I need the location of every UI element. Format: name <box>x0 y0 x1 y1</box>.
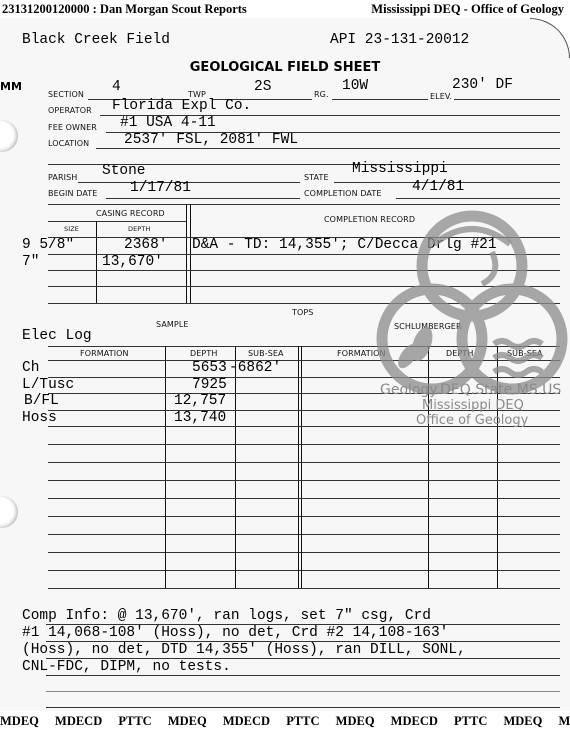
depth-cell: 7925 <box>192 377 227 393</box>
divider <box>48 254 560 255</box>
rg-label: RG. <box>314 90 329 99</box>
formation-cell: Hoss <box>22 410 57 426</box>
sample-formation-header: FORMATION <box>80 349 129 358</box>
sample-note: Elec Log <box>22 328 92 344</box>
binder-hole-icon <box>0 120 18 152</box>
casing-depth-1: 2368' <box>124 237 168 253</box>
divider <box>48 480 560 481</box>
document-header-bar: 23131200120000 : Dan Morgan Scout Report… <box>0 0 570 18</box>
fee-owner-label: FEE OWNER <box>48 123 97 132</box>
schlumberger-title: SCHLUMBERGER <box>394 322 462 331</box>
completion-date-value: 4/1/81 <box>412 179 464 195</box>
casing-size-2: 7" <box>22 254 39 270</box>
divider <box>301 506 302 588</box>
divider <box>48 346 560 347</box>
parish-label: PARISH <box>48 173 77 182</box>
depth-cell: 5653 <box>192 360 227 376</box>
divider <box>46 691 560 692</box>
casing-record-title: CASING RECORD <box>96 209 165 218</box>
state-value: Mississippi <box>352 161 448 177</box>
divider <box>48 360 560 361</box>
watermark-line2: Office of Geology <box>416 413 528 428</box>
margin-fragment: MM <box>0 80 22 93</box>
completion-date-label: COMPLETION DATE <box>304 189 382 198</box>
casing-depth-2: 13,670' <box>102 254 163 270</box>
footer-item: PTTC <box>454 711 487 731</box>
sheet-title: GEOLOGICAL FIELD SHEET <box>0 60 570 75</box>
state-label: STATE <box>304 173 329 182</box>
api-number: API 23-131-20012 <box>330 32 469 48</box>
formation-cell: B/FL <box>24 393 59 409</box>
casing-size-1: 9 5/8" <box>22 237 74 253</box>
divider <box>454 99 560 100</box>
watermark-url: Geology.DEQ.State.MS.US <box>380 382 561 398</box>
begin-date-value: 1/17/81 <box>130 180 191 196</box>
depth-cell: 12,757 <box>174 393 226 409</box>
divider <box>48 588 560 589</box>
footer-item: PTTC <box>286 711 319 731</box>
depth-cell: 13,740 <box>174 410 226 426</box>
comp-info-line: CNL-FDC, DIPM, no tests. <box>22 659 231 675</box>
sample-title: SAMPLE <box>156 320 189 329</box>
dog-ear-corner <box>530 18 570 58</box>
comp-info-line: Comp Info: @ 13,670', ran logs, set 7" c… <box>22 608 431 624</box>
divider <box>332 99 428 100</box>
parish-value: Stone <box>102 163 146 179</box>
footer-item: MDECD <box>559 711 570 731</box>
subsea-cell: -6862' <box>229 360 281 376</box>
comp-info-line: #1 14,068-108' (Hoss), no det, Crd #2 14… <box>22 625 448 641</box>
sample-subsea-header: SUB-SEA <box>248 349 284 358</box>
schlumberger-formation-header: FORMATION <box>337 349 386 358</box>
operator-value: Florida Expl Co. <box>112 98 251 114</box>
divider <box>48 237 560 238</box>
divider <box>48 377 560 378</box>
scanned-field-sheet: MM Black Creek Field API 23-131-20012 GE… <box>0 18 570 711</box>
divider <box>46 707 560 708</box>
divider <box>48 286 560 287</box>
rg-value: 10W <box>342 78 368 94</box>
size-column-header: SIZE <box>64 225 79 233</box>
divider <box>396 198 560 199</box>
divider <box>48 221 186 222</box>
schlumberger-subsea-header: SUB-SEA <box>507 349 543 358</box>
agency-title: Mississippi DEQ - Office of Geology <box>371 0 564 18</box>
divider <box>235 506 236 588</box>
section-value: 4 <box>112 79 121 95</box>
footer-item: MDEQ <box>168 711 207 731</box>
divider <box>48 516 560 517</box>
binder-hole-icon <box>0 496 18 528</box>
divider <box>497 506 498 588</box>
completion-record-title: COMPLETION RECORD <box>324 215 415 224</box>
comp-info-line: (Hoss), no det, DTD 14,355' (Hoss), ran … <box>22 642 466 658</box>
formation-cell: L/Tusc <box>22 377 74 393</box>
footer-agency-strip: MDEQ MDECD PTTC MDEQ MDECD PTTC MDEQ MDE… <box>0 711 570 731</box>
sample-depth-header: DEPTH <box>190 349 217 358</box>
divider <box>96 221 97 303</box>
twp-value: 2S <box>254 79 271 95</box>
divider <box>48 498 560 499</box>
begin-date-label: BEGIN DATE <box>48 189 97 198</box>
fee-owner-value: #1 USA 4-11 <box>120 115 216 131</box>
footer-item: MDECD <box>391 711 438 731</box>
elev-value: 230' DF <box>452 77 513 93</box>
watermark-line1: Mississippi DEQ <box>422 398 524 413</box>
divider <box>48 270 560 271</box>
tops-title: TOPS <box>292 308 314 317</box>
section-label: SECTION <box>48 90 84 99</box>
formation-cell: Ch <box>22 360 39 376</box>
footer-item: MDECD <box>223 711 270 731</box>
field-name: Black Creek Field <box>22 32 170 48</box>
footer-item: MDEQ <box>0 711 39 731</box>
footer-item: MDECD <box>55 711 102 731</box>
location-label: LOCATION <box>48 139 89 148</box>
divider <box>48 204 560 205</box>
footer-item: MDEQ <box>503 711 542 731</box>
document-id-title: 23131200120000 : Dan Morgan Scout Report… <box>2 0 247 18</box>
depth-column-header: DEPTH <box>128 225 150 233</box>
footer-item: MDEQ <box>336 711 375 731</box>
divider <box>48 552 560 553</box>
divider <box>46 675 560 676</box>
divider <box>428 506 429 588</box>
operator-label: OPERATOR <box>48 106 92 115</box>
divider <box>106 198 300 199</box>
divider <box>298 506 299 588</box>
footer-item: PTTC <box>118 711 151 731</box>
divider <box>48 444 560 445</box>
divider <box>96 148 560 149</box>
completion-record-line: D&A - TD: 14,355'; C/Decca Drlg #21 <box>192 237 497 253</box>
divider <box>165 506 166 588</box>
location-value: 2537' FSL, 2081' FWL <box>124 132 298 148</box>
divider <box>48 303 560 304</box>
divider <box>48 534 560 535</box>
schlumberger-depth-header: DEPTH <box>446 349 473 358</box>
divider <box>48 570 560 571</box>
elev-label: ELEV. <box>430 92 452 101</box>
divider <box>48 462 560 463</box>
